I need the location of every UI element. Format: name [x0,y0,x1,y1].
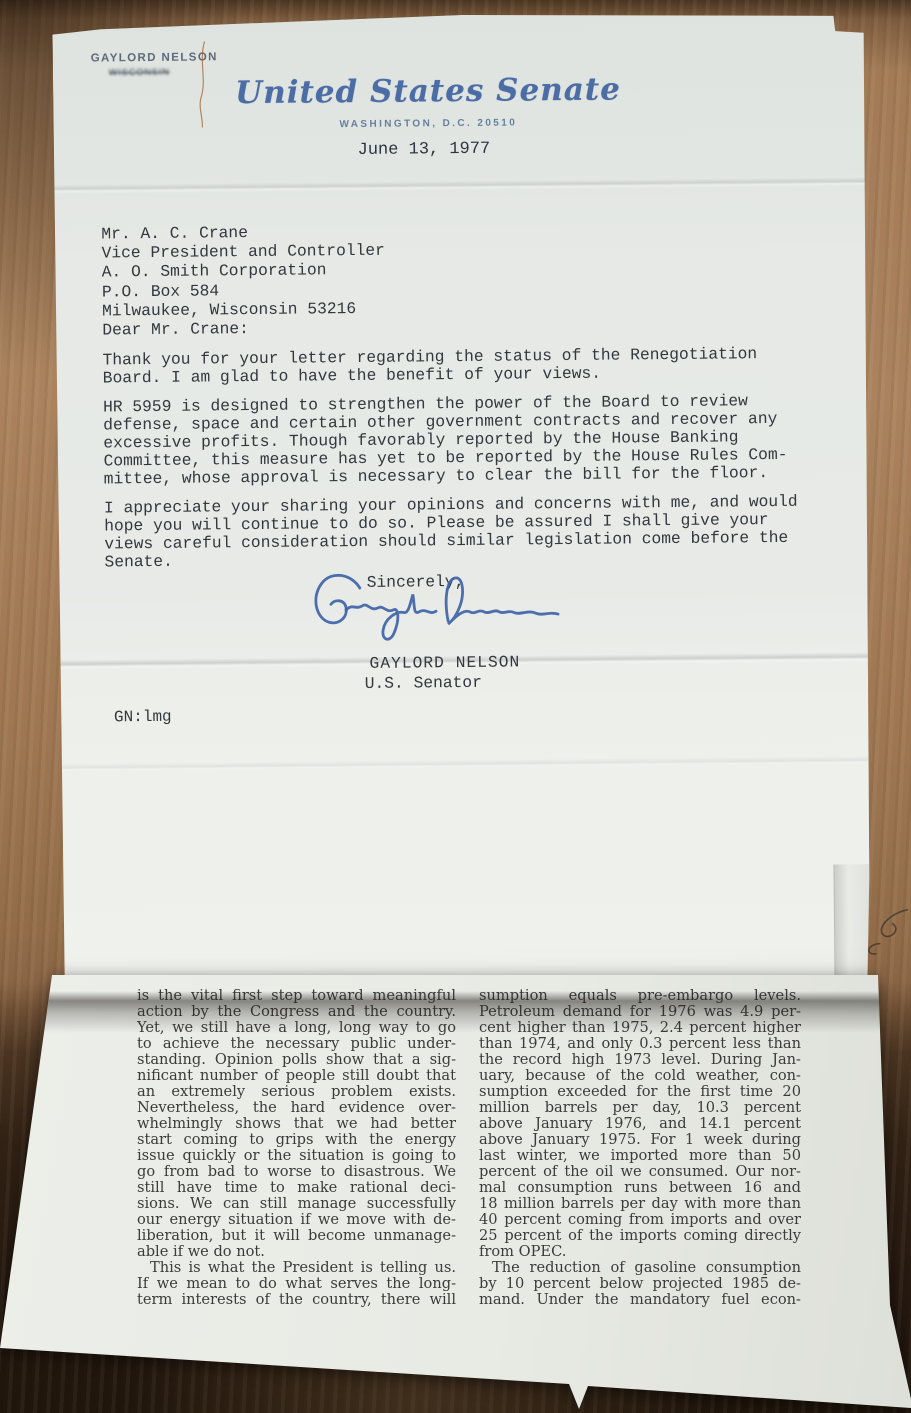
printed-line: This is what the President is telling us… [137,1260,456,1276]
printed-line: above January 1975. For 1 week during [479,1132,801,1148]
printed-paragraph: The reduction of gasoline consumptionby … [479,1260,801,1308]
printed-line: start coming to grips with the energy [137,1132,456,1148]
printed-paragraph: sumption equals pre-embargo levels.Petro… [479,988,801,1260]
printed-line: above January 1976, and 14.1 percent [479,1116,801,1132]
printed-line: sumption equals pre-embargo levels. [479,988,801,1004]
printed-paragraph: is the vital first step toward meaningfu… [137,988,456,1260]
letterhead-sender-state: WISCONSIN [109,67,170,78]
signer-name: GAYLORD NELSON [369,652,520,672]
printed-line: The reduction of gasoline consumption [479,1260,801,1276]
printed-line: from OPEC. [479,1244,801,1260]
printed-line: Yet, we still have a long, long way to g… [137,1020,456,1036]
photo-background: GAYLORD NELSON WISCONSIN United States S… [0,0,911,1413]
fold-crease-top [54,177,866,194]
printed-line: million barrels per day, 10.3 percent [479,1100,801,1116]
printed-line: than 1974, and only 0.3 percent less tha… [479,1036,801,1052]
printed-line: last winter, we imported more than 50 [479,1148,801,1164]
printed-line: cent higher than 1975, 2.4 percent highe… [479,1020,801,1036]
printed-line: If we mean to do what serves the long- [137,1276,456,1292]
printed-line: by 10 percent below projected 1985 de- [479,1276,801,1292]
printed-line: to achieve the necessary public under- [137,1036,456,1052]
printed-page-paper: is the vital first step toward meaningfu… [0,975,911,1413]
printed-line: standing. Opinion polls show that a sig- [137,1052,456,1068]
printed-line: Petroleum demand for 1976 was 4.9 per- [479,1004,801,1020]
printed-line: the record high 1973 level. During Jan- [479,1052,801,1068]
printed-line: still have time to make rational deci- [137,1180,456,1196]
printed-line: able if we do not. [137,1244,456,1260]
printed-line: whelmingly shows that we had better [137,1116,456,1132]
printed-paragraph: This is what the President is telling us… [137,1260,456,1308]
printed-line: Nevertheless, the hard evidence over- [137,1100,456,1116]
letter-date: June 13, 1977 [357,140,490,160]
printed-line: go from bad to worse to disastrous. We [137,1164,456,1180]
printed-line: sions. We can still manage successfully [137,1196,456,1212]
printed-page: is the vital first step toward meaningfu… [0,975,911,1413]
salutation: Dear Mr. Crane: [102,319,249,339]
letterhead-org-title: United States Senate [203,71,653,111]
recipient-block: Mr. A. C. Crane Vice President and Contr… [101,222,385,321]
printed-line: an extremely serious problem exists. [137,1084,456,1100]
printed-line: uary, because of the cold weather, con- [479,1068,801,1084]
printed-line: liberation, but it will become unmanage- [137,1228,456,1244]
signer-title: U.S. Senator [365,673,482,693]
senate-letter: GAYLORD NELSON WISCONSIN United States S… [52,11,873,1002]
printed-line: sumption exceeded for the first time 20 [479,1084,801,1100]
letter-paragraph: HR 5959 is designed to strengthen the po… [103,391,849,488]
printed-column-right: sumption equals pre-embargo levels.Petro… [479,988,801,1308]
letterhead-city-line: WASHINGTON, D.C. 20510 [203,116,653,131]
printed-line: nificant number of people still doubt th… [137,1068,456,1084]
fold-crease-lower [59,756,871,772]
printed-line: mand. Under the mandatory fuel econ- [479,1292,801,1308]
printed-line: issue quickly or the situation is going … [137,1148,456,1164]
letter-body: Thank you for your letter regarding the … [102,344,849,582]
printed-line: percent of the oil we consumed. Our nor- [479,1164,801,1180]
printed-line: mal consumption runs between 16 and [479,1180,801,1196]
reference-initials: GN:lmg [114,708,172,727]
letter-paragraph: Thank you for your letter regarding the … [102,344,847,387]
printed-line: 25 percent of the imports coming directl… [479,1228,801,1244]
printed-line: term interests of the country, there wil… [137,1292,456,1308]
letter-paragraph: I appreciate your sharing your opinions … [104,492,850,571]
printed-line: 18 million barrels per day with more tha… [479,1196,801,1212]
printed-line: is the vital first step toward meaningfu… [137,988,456,1004]
printed-line: 40 percent coming from imports and over [479,1212,801,1228]
printed-column-left: is the vital first step toward meaningfu… [137,988,456,1308]
printed-line: action by the Congress and the country. [137,1004,456,1020]
printed-line: our energy situation if we move with de- [137,1212,456,1228]
